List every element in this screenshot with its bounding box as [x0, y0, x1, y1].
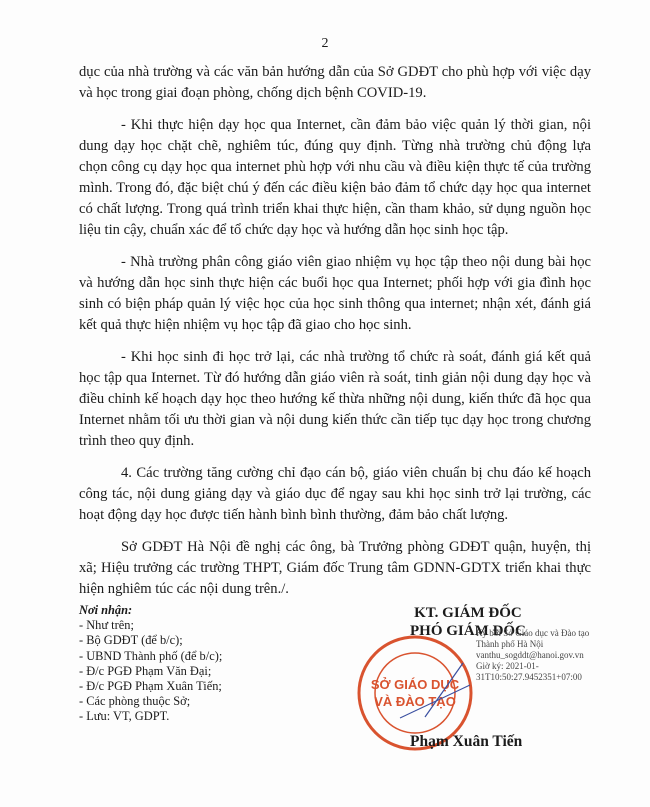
recipient-item: - UBND Thành phố (để b/c);	[79, 649, 222, 664]
svg-text:VÀ ĐÀO TẠO: VÀ ĐÀO TẠO	[374, 694, 456, 709]
recipient-item: - Như trên;	[79, 618, 222, 633]
paragraph: - Nhà trường phân công giáo viên giao nh…	[79, 252, 591, 336]
paragraph: - Khi học sinh đi học trở lại, các nhà t…	[79, 347, 591, 452]
paragraph: 4. Các trường tăng cường chỉ đạo cán bộ,…	[79, 463, 591, 526]
paragraph: Sở GDĐT Hà Nội đề nghị các ông, bà Trưởn…	[79, 537, 591, 600]
recipient-item: - Đ/c PGĐ Phạm Xuân Tiến;	[79, 679, 222, 694]
signer-name: Phạm Xuân Tiến	[410, 733, 522, 751]
page-number: 2	[0, 36, 650, 52]
recipient-item: - Bộ GDĐT (để b/c);	[79, 633, 222, 648]
paragraph: - Khi thực hiện dạy học qua Internet, cầ…	[79, 115, 591, 241]
recipient-item: - Các phòng thuộc Sở;	[79, 694, 222, 709]
recipients-list: Nơi nhận: - Như trên; - Bộ GDĐT (để b/c)…	[79, 603, 222, 725]
document-body: dục của nhà trường và các văn bản hướng …	[79, 62, 591, 611]
recipients-title: Nơi nhận:	[79, 603, 222, 618]
paragraph: dục của nhà trường và các văn bản hướng …	[79, 62, 591, 104]
digital-signature-info: Ký bởi Sở Giáo dục và Đào tạo Thành phố …	[476, 628, 589, 683]
recipient-item: - Đ/c PGĐ Phạm Văn Đại;	[79, 664, 222, 679]
signature-line-1: KT. GIÁM ĐỐC	[410, 604, 526, 622]
svg-text:SỞ GIÁO DỤC: SỞ GIÁO DỤC	[371, 677, 460, 692]
recipient-item: - Lưu: VT, GDPT.	[79, 709, 222, 724]
